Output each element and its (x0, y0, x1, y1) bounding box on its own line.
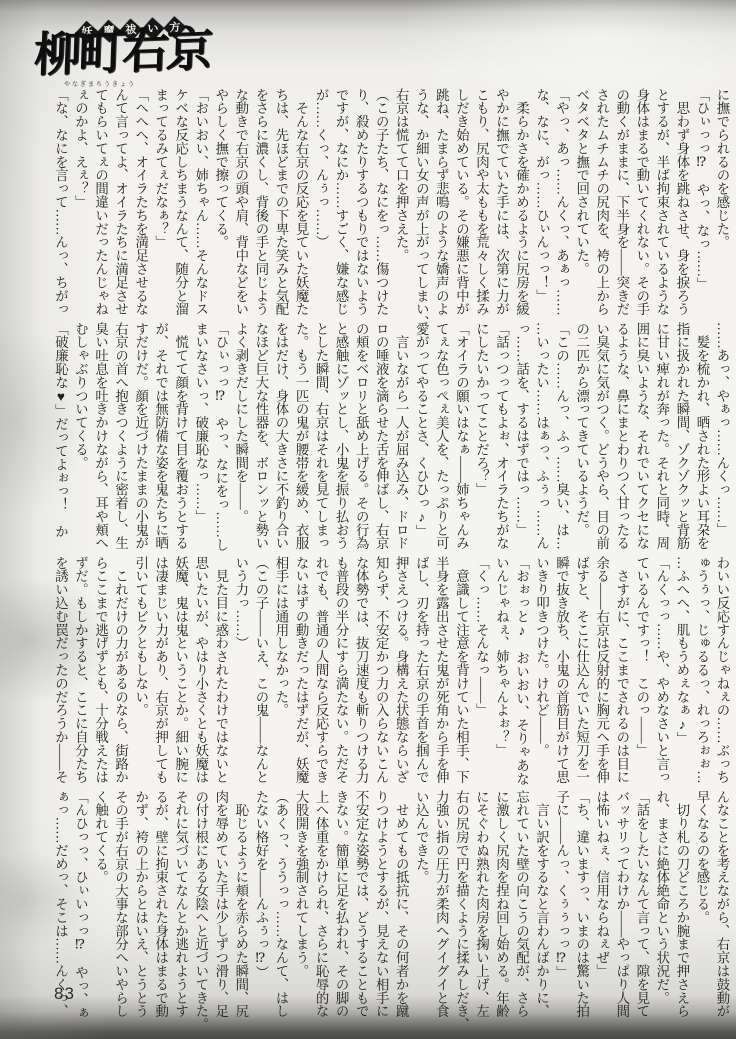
novel-scan-page: 妖 魔 祓 い 方 柳町右京 やなぎまちうきょう に撫でられるのを感じた。 「ひ… (0, 0, 736, 1039)
text-band-3: わいい反応すんじゃねぇの……ぶっち ゅうぅっ、じゅるるっ、れっろぉぉ… …ふへへ… (50, 556, 732, 802)
page-number: 83 (54, 984, 75, 1004)
text-band-2: ……あっ、やぁっ……んくっ……」 髪を梳かれ、晒された形よい耳朶を 指に扱かれた… (50, 322, 732, 568)
text-band-4: んなことを考えながら、右京は鼓動が 早くなるのを感じる。 切り札の刀どころか腕ま… (50, 790, 732, 1036)
series-logo: 妖 魔 祓 い 方 柳町右京 やなぎまちうきょう (0, 0, 260, 95)
character-name-furigana: やなぎまちうきょう (64, 79, 136, 88)
character-name-calligraphy: 柳町右京 (33, 27, 211, 80)
text-band-1: に撫でられるのを感じた。 「ひぃっっ⁉ やっ、なっ……」 思わず身体を跳ねさせ、… (50, 88, 732, 334)
